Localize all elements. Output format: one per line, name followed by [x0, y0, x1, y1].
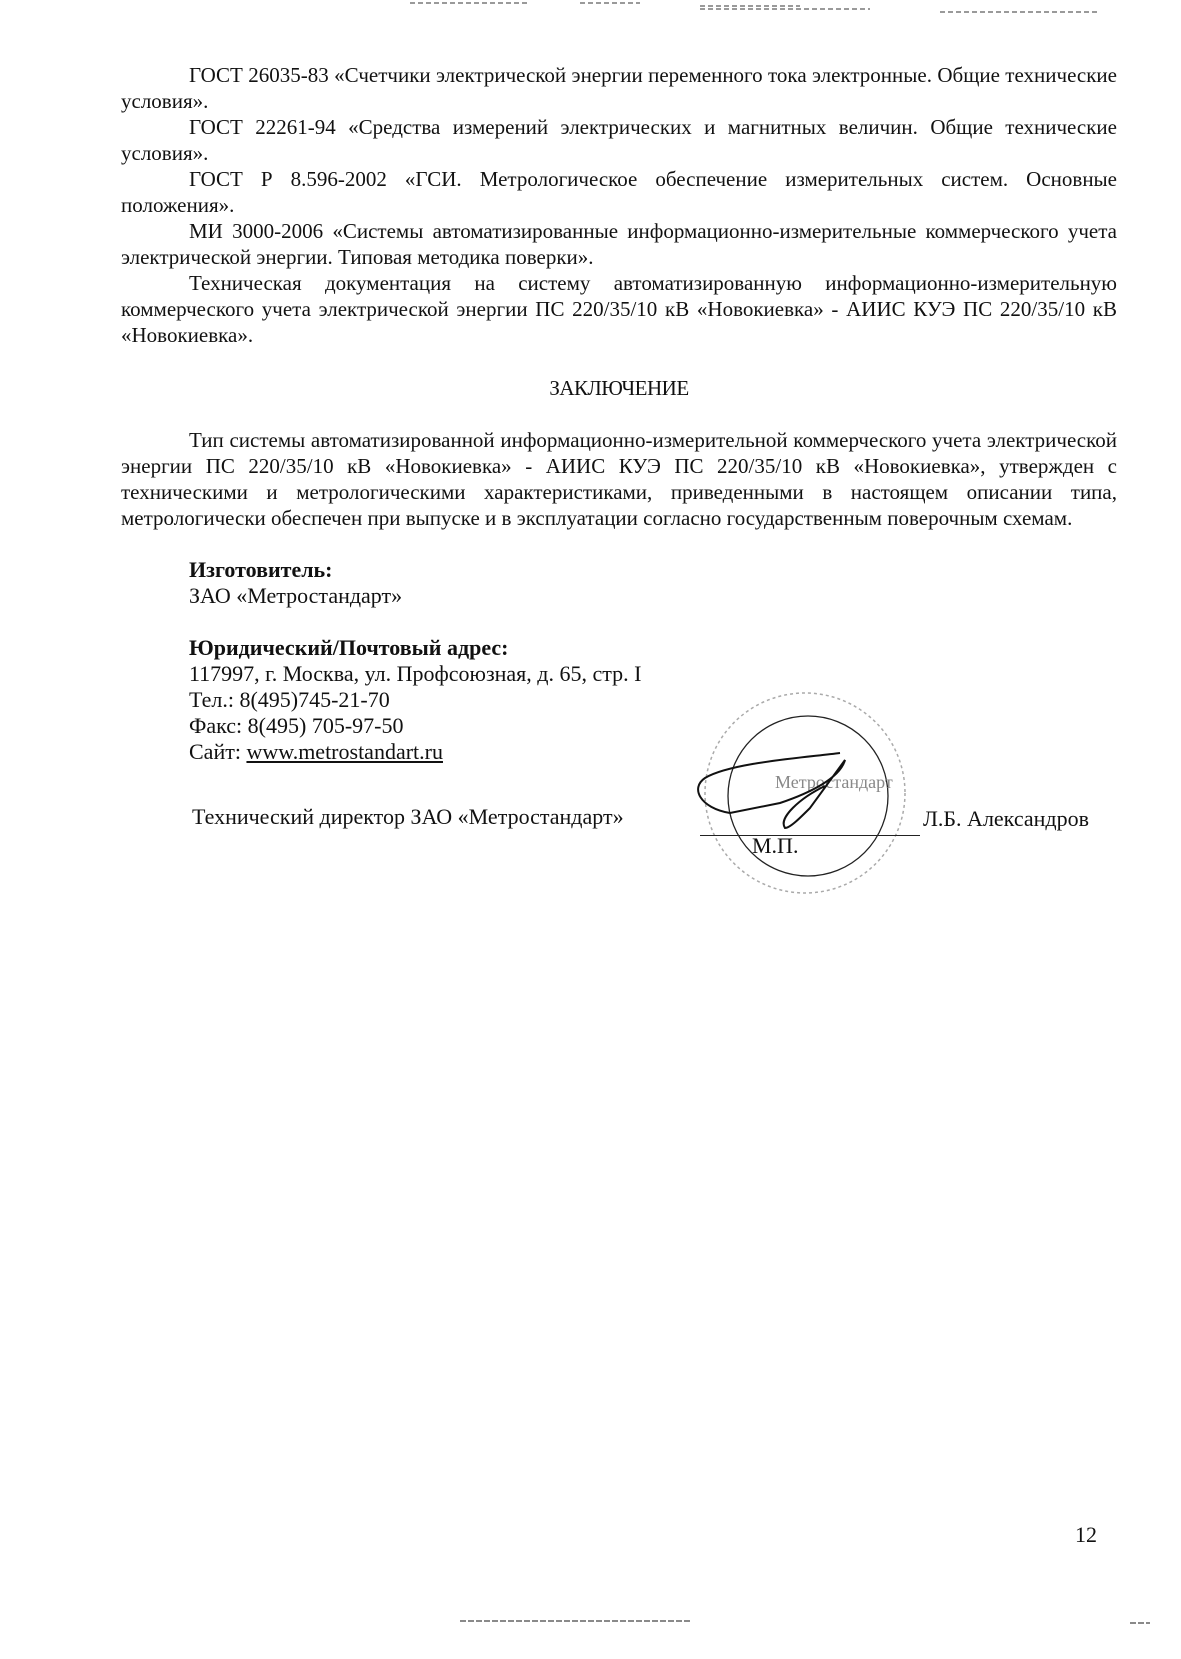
- reference-gost-22261: ГОСТ 22261-94 «Средства измерений электр…: [121, 114, 1117, 166]
- company-stamp-icon: Метростандарт: [690, 688, 920, 898]
- document-page: ГОСТ 26035-83 «Счетчики электрической эн…: [121, 62, 1117, 765]
- conclusion-heading: ЗАКЛЮЧЕНИЕ: [121, 375, 1117, 401]
- scan-artifact-top: [410, 2, 530, 4]
- reference-gost-26035: ГОСТ 26035-83 «Счетчики электрической эн…: [121, 62, 1117, 114]
- address-label: Юридический/Почтовый адрес:: [189, 635, 1117, 661]
- stamp-mark: М.П.: [752, 833, 798, 859]
- website: Сайт: www.metrostandart.ru: [189, 739, 1117, 765]
- address-line: 117997, г. Москва, ул. Профсоюзная, д. 6…: [189, 661, 1117, 687]
- signer-name: Л.Б. Александров: [923, 806, 1089, 832]
- phone: Тел.: 8(495)745-21-70: [189, 687, 1117, 713]
- manufacturer-label: Изготовитель:: [189, 557, 1117, 583]
- website-link[interactable]: www.metrostandart.ru: [246, 739, 443, 764]
- reference-mi-3000: МИ 3000-2006 «Системы автоматизированные…: [121, 218, 1117, 270]
- manufacturer-block: Изготовитель: ЗАО «Метростандарт» Юридич…: [189, 557, 1117, 765]
- fax: Факс: 8(495) 705-97-50: [189, 713, 1117, 739]
- signature-line: [700, 835, 920, 836]
- director-position: Технический директор ЗАО «Метростандарт»: [192, 804, 624, 830]
- conclusion-text: Тип системы автоматизированной информаци…: [121, 427, 1117, 531]
- scan-artifact-top: [700, 8, 870, 10]
- reference-gost-r-8596: ГОСТ Р 8.596-2002 «ГСИ. Метрологическое …: [121, 166, 1117, 218]
- scan-artifact-bottom: [460, 1620, 690, 1622]
- scan-artifact-top: [700, 5, 800, 7]
- scan-artifact-top: [580, 2, 640, 4]
- scan-artifact-bottom: [1130, 1622, 1150, 1624]
- page-number: 12: [1075, 1522, 1097, 1548]
- manufacturer-name: ЗАО «Метростандарт»: [189, 583, 1117, 609]
- reference-tech-docs: Техническая документация на систему авто…: [121, 270, 1117, 348]
- scan-artifact-top: [940, 11, 1100, 13]
- website-label: Сайт:: [189, 739, 246, 764]
